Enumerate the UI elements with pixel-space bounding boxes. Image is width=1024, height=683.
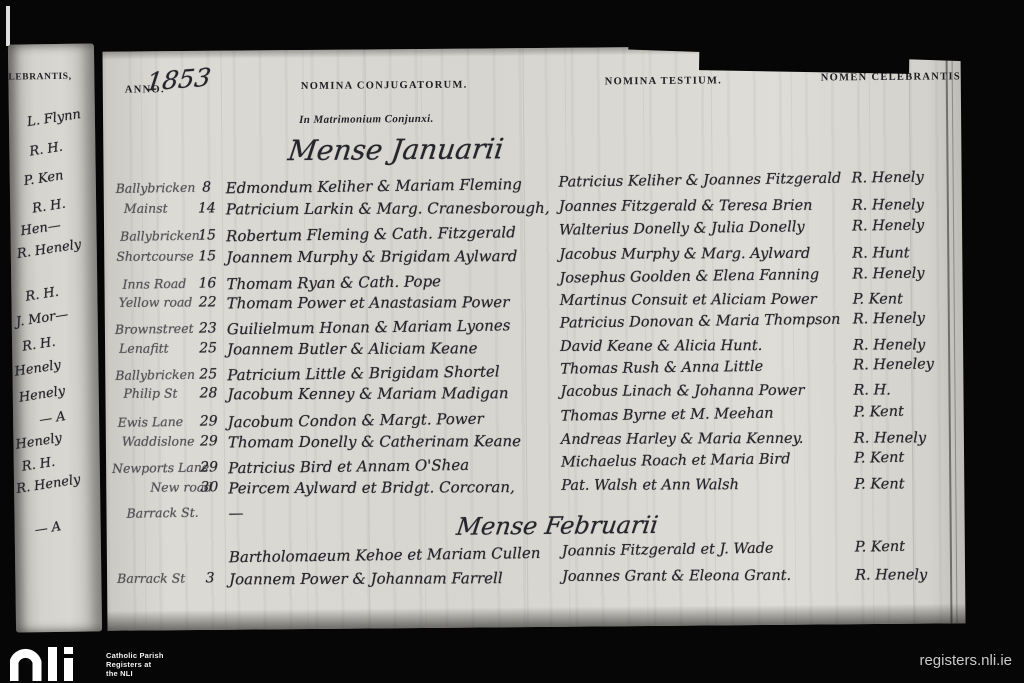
entry-witnesses: Michaelus Roach et Maria Bird xyxy=(561,451,791,470)
entry-witnesses: Patricius Donovan & Maria Thompson xyxy=(560,312,841,332)
entry-celebrant: R. Henely xyxy=(851,170,923,187)
entry-day: 25 xyxy=(195,366,221,382)
entry-witnesses: Thomas Rush & Anna Little xyxy=(560,359,763,378)
logo-caption-line: the NLI xyxy=(106,669,164,678)
entry-day: 22 xyxy=(195,294,221,310)
entry-place: Brownstreet xyxy=(115,321,194,337)
celebrant-signature-fragment: Henely xyxy=(15,431,63,453)
nli-logo: Catholic Parish Registers at the NLI xyxy=(10,645,164,681)
month-heading: Mense Februarii xyxy=(455,511,660,541)
entry-place: Lenafitt xyxy=(119,341,169,356)
entry-day: 3 xyxy=(197,570,223,586)
celebrant-signature-fragment: — A xyxy=(34,519,63,538)
entry-celebrant: R. H. xyxy=(853,382,890,398)
entry-place: Ballybricken xyxy=(116,180,196,196)
entry-celebrant: R. Henely xyxy=(853,337,925,353)
entry-witnesses: Andreas Harley & Maria Kenney. xyxy=(561,431,804,448)
entry-day: 15 xyxy=(194,248,220,264)
entry-witnesses: Thomas Byrne et M. Meehan xyxy=(561,406,774,425)
entry-couple: Robertum Fleming & Cath. Fitzgerald xyxy=(226,223,516,245)
entry-witnesses: Joannes Fitzgerald & Teresa Brien xyxy=(559,198,813,215)
entry-celebrant: P. Kent xyxy=(854,450,904,467)
entry-celebrant: R. Henely xyxy=(852,197,924,213)
scan-edge-mark xyxy=(6,6,10,46)
entry-couple: Jacobum Condon & Margt. Power xyxy=(228,410,484,432)
entry-place: Mainst xyxy=(124,201,168,216)
entry-day: 25 xyxy=(195,340,221,356)
entry-couple: Joannem Murphy & Brigidam Aylward xyxy=(226,247,517,266)
entry-couple: Bartholomaeum Kehoe et Mariam Cullen xyxy=(229,544,541,566)
site-watermark: registers.nli.ie xyxy=(919,652,1012,669)
entry-couple: Guilielmum Honan & Mariam Lyones xyxy=(227,316,511,338)
celebrant-signature-fragment: R. H. xyxy=(28,140,63,160)
left-page-header-fragment: LEBRANTIS, xyxy=(8,72,71,83)
entry-place: Barrack St xyxy=(117,571,185,586)
nli-logo-caption: Catholic Parish Registers at the NLI xyxy=(106,651,164,678)
entry-witnesses: Pat. Walsh et Ann Walsh xyxy=(561,477,739,494)
celebrant-signature-fragment: P. Ken xyxy=(23,168,65,189)
celebrant-signature-fragment: Henely xyxy=(18,384,66,406)
entry-celebrant: R. Henely xyxy=(853,311,925,328)
entry-day: 30 xyxy=(196,479,222,495)
entry-celebrant: R. Henely xyxy=(852,266,924,283)
entry-day: 29 xyxy=(196,413,222,429)
entry-witnesses: Joannes Grant & Eleona Grant. xyxy=(562,568,791,585)
entry-day: 15 xyxy=(194,227,220,243)
entry-couple: Patricium Larkin & Marg. Cranesborough, xyxy=(226,199,550,218)
entry-couple: Edmondum Keliher & Mariam Fleming xyxy=(226,175,522,197)
entry-place: Inns Road xyxy=(122,276,186,292)
entry-place: Philip St xyxy=(123,386,177,401)
left-page-edge: LEBRANTIS, L. FlynnR. H.P. KenR. H.Hen—R… xyxy=(8,43,102,632)
entry-celebrant: P. Kent xyxy=(855,539,905,556)
month-heading: Mense Januarii xyxy=(286,132,505,167)
entry-witnesses: Martinus Consuit et Aliciam Power xyxy=(560,292,817,309)
entry-day: 29 xyxy=(196,433,222,449)
celebrant-signature-fragment: L. Flynn xyxy=(26,107,82,130)
entry-witnesses: Jacobus Linach & Johanna Power xyxy=(560,383,804,400)
entry-couple: Joannem Power & Johannam Farrell xyxy=(229,569,503,588)
entry-witnesses: Josephus Goolden & Elena Fanning xyxy=(559,267,819,287)
entry-place: Ewis Lane xyxy=(118,414,184,430)
entry-place: Newports Lane xyxy=(112,460,209,476)
entry-day: 16 xyxy=(194,275,220,291)
entry-celebrant: R. Henely xyxy=(854,430,926,446)
celebrant-signature-fragment: R. H. xyxy=(21,455,56,475)
entry-couple: Jacobum Kenney & Mariam Madigan xyxy=(227,384,508,403)
register-page: ANNO. 1853 NOMINA CONJUGATORUM. NOMINA T… xyxy=(102,44,965,630)
entry-place: Waddislone xyxy=(122,433,195,448)
entry-witnesses: Patricius Keliher & Joannes Fitzgerald xyxy=(559,171,842,191)
entry-day: 23 xyxy=(195,320,221,336)
celebrant-signature-fragment: R. Henely xyxy=(15,472,81,497)
entry-couple: — xyxy=(228,504,243,522)
entry-celebrant: R. Hunt xyxy=(852,245,909,261)
page-bottom-shadow xyxy=(107,603,965,630)
subheader-in-matrimonium: In Matrimonium Conjunxi. xyxy=(299,113,434,126)
entry-place: Yellow road xyxy=(119,294,193,309)
entry-place: Ballybricken xyxy=(115,367,195,383)
celebrant-signature-fragment: — A xyxy=(38,409,67,428)
entry-celebrant: R. Henely xyxy=(855,567,927,583)
celebrant-signature-fragment: Henely xyxy=(14,358,62,380)
entry-couple: Joannem Butler & Aliciam Keane xyxy=(227,339,477,358)
entry-witnesses: Jacobus Murphy & Marg. Aylward xyxy=(559,246,810,263)
entry-day: 28 xyxy=(195,385,221,401)
celebrant-signature-fragment: Hen— xyxy=(20,218,62,239)
celebrant-signature-fragment: R. Henely xyxy=(16,237,82,262)
entry-place: Ballybricken xyxy=(120,228,200,244)
celebrant-signature-fragment: R. H. xyxy=(21,335,56,355)
entry-day: 8 xyxy=(194,179,220,195)
entry-celebrant: P. Kent xyxy=(854,404,904,421)
entry-couple: Thomam Donelly & Catherinam Keane xyxy=(228,432,521,451)
register-entry-row: Barrack St3Joannem Power & Johannam Farr… xyxy=(107,567,965,595)
celebrant-signature-fragment: J. Mor— xyxy=(15,307,70,330)
entry-day: 29 xyxy=(196,459,222,475)
nli-logo-icon xyxy=(10,645,88,681)
entry-place: Barrack St. xyxy=(126,505,198,521)
entry-witnesses: Joannis Fitzgerald et J. Wade xyxy=(562,541,774,560)
celebrant-signature-fragment: R. H. xyxy=(24,285,59,305)
entry-couple: Peircem Aylward et Bridgt. Corcoran, xyxy=(228,478,515,497)
entry-place: Shortcourse xyxy=(116,248,194,263)
column-header-conjugatorum: NOMINA CONJUGATORUM. xyxy=(301,80,468,92)
entry-celebrant: P. Kent xyxy=(854,476,904,492)
entry-couple: Thomam Power et Anastasiam Power xyxy=(227,293,510,312)
column-header-testium: NOMINA TESTIUM. xyxy=(605,75,722,87)
logo-caption-line: Catholic Parish xyxy=(106,651,164,660)
entry-couple: Patricium Little & Brigidam Shortel xyxy=(227,362,500,384)
entry-witnesses: Walterius Donelly & Julia Donelly xyxy=(559,219,805,238)
logo-caption-line: Registers at xyxy=(106,660,164,669)
celebrant-signature-fragment: R. H. xyxy=(31,197,66,217)
entry-celebrant: R. Heneley xyxy=(853,356,934,373)
scan-shadow-top-right-2 xyxy=(699,0,911,74)
entry-witnesses: David Keane & Alicia Hunt. xyxy=(560,338,762,355)
year-handwritten: 1853 xyxy=(144,63,212,97)
entry-couple: Thomam Ryan & Cath. Pope xyxy=(226,272,441,293)
entry-celebrant: P. Kent xyxy=(853,291,903,307)
scanned-register-view: LEBRANTIS, L. FlynnR. H.P. KenR. H.Hen—R… xyxy=(0,0,1024,683)
entry-couple: Patricius Bird et Annam O'Shea xyxy=(228,456,469,477)
entry-celebrant: R. Henely xyxy=(852,218,924,235)
entry-day: 14 xyxy=(194,200,220,216)
